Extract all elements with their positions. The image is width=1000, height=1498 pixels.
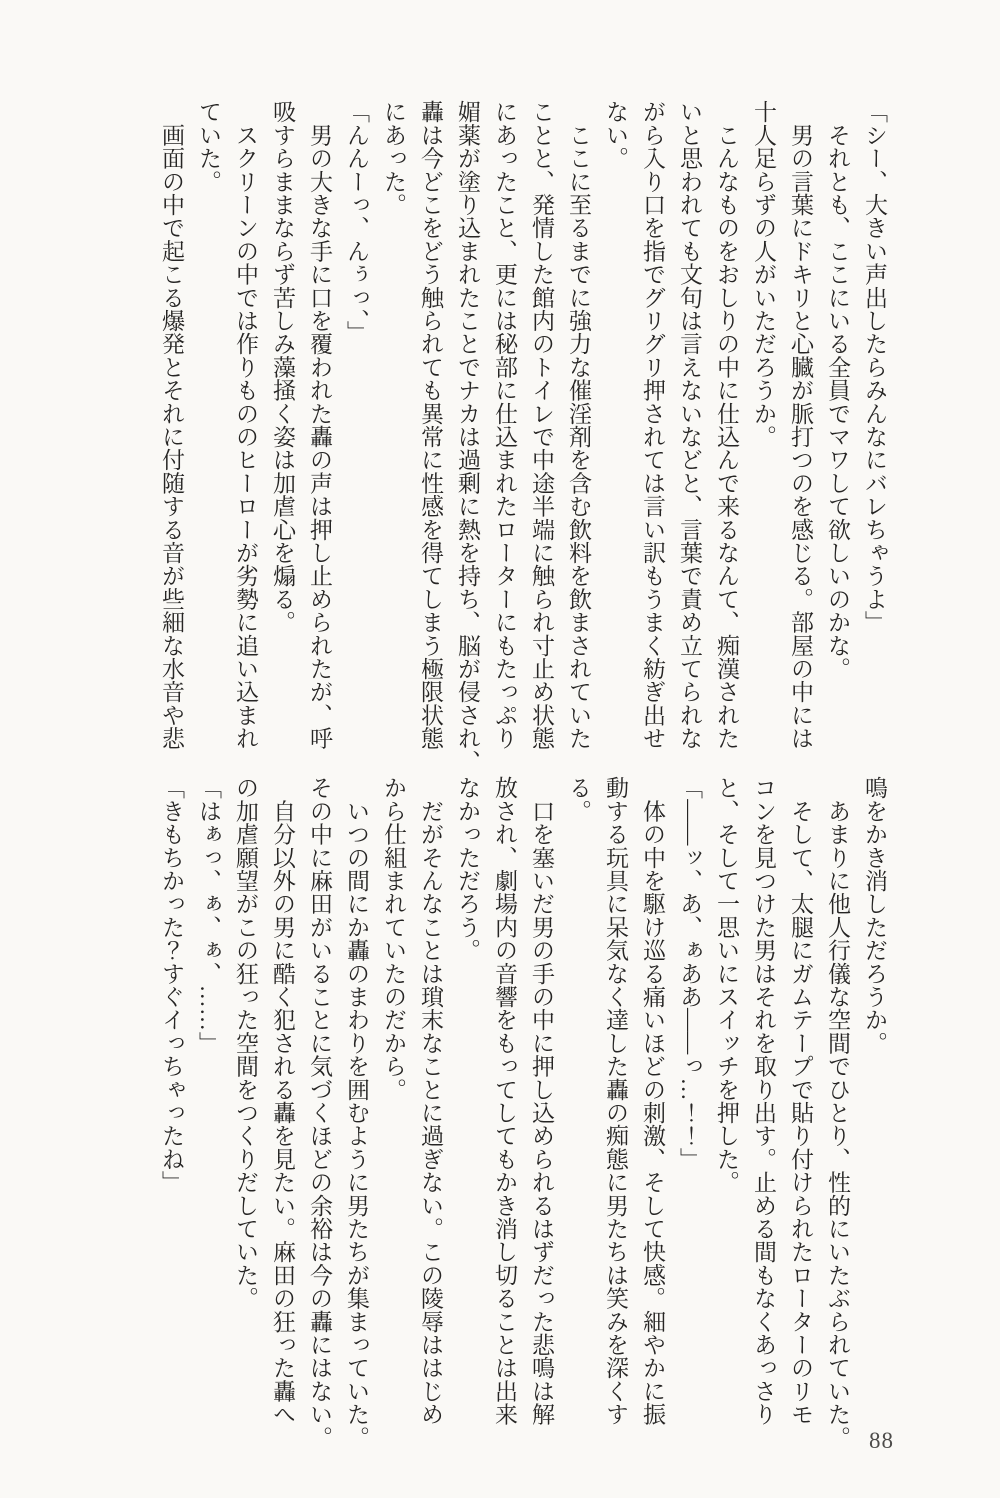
text-line: そして、太腿にガムテープで貼り付けられたローターのリモ	[782, 776, 819, 1428]
text-line: と、そして一思いにスイッチを押した。	[708, 776, 745, 1428]
text-line: 動する玩具に呆気なく達した轟の痴態に男たちは笑みを深くす	[597, 776, 634, 1428]
text-line: 吸すらままならず苦しみ藻掻く姿は加虐心を煽る。	[264, 100, 301, 752]
text-line: いつの間にか轟のまわりを囲むように男たちが集まっていた。	[338, 776, 375, 1428]
text-line: だがそんなことは瑣末なことに過ぎない。この陵辱ははじめ	[412, 776, 449, 1428]
document-page: 「シー、大きい声出したらみんなにバレちゃうよ」 それとも、ここにいる全員でマワし…	[0, 0, 1000, 1498]
text-line: 体の中を駆け巡る痛いほどの刺激、そして快感。細やかに振	[634, 776, 671, 1428]
text-line: ことと、発情した館内のトイレで中途半端に触られ寸止め状態	[523, 100, 560, 752]
text-line: ここに至るまでに強力な催淫剤を含む飲料を飲まされていた	[560, 100, 597, 752]
text-line: から仕組まれていたのだから。	[375, 776, 412, 1428]
text-block-bottom: 鳴をかき消しただろうか。 あまりに他人行儀な空間でひとり、性的にいたぶられていた…	[153, 776, 893, 1428]
text-line: なかっただろう。	[449, 776, 486, 1428]
text-line: がら入り口を指でグリグリ押されては言い訳もうまく紡ぎ出せ	[634, 100, 671, 752]
text-line: 「んんーっ、んぅっ、」	[338, 100, 375, 752]
text-line: る。	[560, 776, 597, 1428]
text-line: 十人足らずの人がいただろうか。	[745, 100, 782, 752]
text-line: 「――ッ、あ、ぁああ――っ…！！」	[671, 776, 708, 1428]
text-line: の加虐願望がこの狂った空間をつくりだしていた。	[227, 776, 264, 1428]
text-line: ない。	[597, 100, 634, 752]
text-line: スクリーンの中では作りもののヒーローが劣勢に追い込まれ	[227, 100, 264, 752]
text-line: その中に麻田がいることに気づくほどの余裕は今の轟にはない。	[301, 776, 338, 1428]
text-line: 「きもちかった？すぐイっちゃったね」	[153, 776, 190, 1428]
text-line: 画面の中で起こる爆発とそれに付随する音が些細な水音や悲	[153, 100, 190, 752]
text-line: 轟は今どこをどう触られても異常に性感を得てしまう極限状態	[412, 100, 449, 752]
text-line: 放され、劇場内の音響をもってしてもかき消し切ることは出来	[486, 776, 523, 1428]
text-line: 口を塞いだ男の手の中に押し込められるはずだった悲鳴は解	[523, 776, 560, 1428]
text-line: こんなものをおしりの中に仕込んで来るなんて、痴漢された	[708, 100, 745, 752]
text-line: 「シー、大きい声出したらみんなにバレちゃうよ」	[856, 100, 893, 752]
page-number: 88	[869, 1428, 894, 1454]
text-line: ていた。	[190, 100, 227, 752]
text-line: にあったこと、更には秘部に仕込まれたローターにもたっぷり	[486, 100, 523, 752]
text-line: 男の大きな手に口を覆われた轟の声は押し止められたが、呼	[301, 100, 338, 752]
text-block-top: 「シー、大きい声出したらみんなにバレちゃうよ」 それとも、ここにいる全員でマワし…	[153, 100, 893, 752]
text-line: 媚薬が塗り込まれたことでナカは過剰に熱を持ち、脳が侵され、	[449, 100, 486, 752]
text-line: 鳴をかき消しただろうか。	[856, 776, 893, 1428]
text-line: あまりに他人行儀な空間でひとり、性的にいたぶられていた。	[819, 776, 856, 1428]
text-line: それとも、ここにいる全員でマワして欲しいのかな。	[819, 100, 856, 752]
text-line: コンを見つけた男はそれを取り出す。止める間もなくあっさり	[745, 776, 782, 1428]
text-line: いと思われても文句は言えないなどと、言葉で責め立てられな	[671, 100, 708, 752]
text-line: 自分以外の男に酷く犯される轟を見たい。麻田の狂った轟へ	[264, 776, 301, 1428]
text-line: 「はぁっ、ぁ、ぁ、……」	[190, 776, 227, 1428]
text-line: にあった。	[375, 100, 412, 752]
text-line: 男の言葉にドキリと心臓が脈打つのを感じる。部屋の中には	[782, 100, 819, 752]
